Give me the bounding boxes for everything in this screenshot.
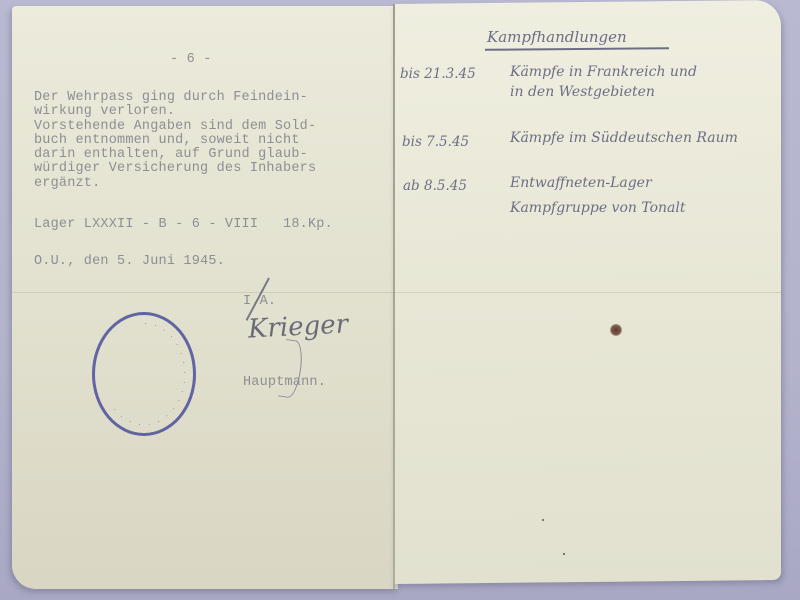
entry-text: in den Westgebieten [510,84,655,100]
entry-text: Kämpfe im Süddeutschen Raum [510,130,738,146]
page-number: - 6 - [170,52,212,67]
section-heading: Kampfhandlungen [487,28,627,46]
paper-stain [610,324,622,336]
camp-line: Lager LXXXII - B - 6 - VIII 18.Kp. [34,217,333,232]
paper-speck [563,553,565,555]
typed-paragraph: Der Wehrpass ging durch Feindein- wirkun… [34,91,316,191]
signature: Krieger [247,309,348,344]
horizontal-crease [12,292,782,293]
entry-date: bis 21.3.45 [400,66,476,82]
official-stamp: · · · · · · · · · · · · · · · · · · · [92,312,196,436]
entry-date: bis 7.5.45 [402,134,469,150]
entry-text: Kampfgruppe von Tonalt [510,200,686,216]
svg-text:· · · · · · · · · · · · · · ·: · · · · · · · · · · · · · · · · · · · [110,320,188,428]
stamp-ring-text: · · · · · · · · · · · · · · · · · · · [110,320,188,428]
stamp-icon: · · · · · · · · · · · · · · · · · · · [95,315,193,433]
paper-speck [542,519,544,521]
entry-text: Entwaffneten-Lager [510,175,652,191]
place-date: O.U., den 5. Juni 1945. [34,254,225,269]
stamp-text-ring: · · · · · · · · · · · · · · · · · · · [95,315,193,433]
entry-date: ab 8.5.45 [403,178,467,194]
signer-rank: Hauptmann. [243,375,326,390]
page-fold [393,4,395,589]
entry-text: Kämpfe in Frankreich und [510,64,697,80]
